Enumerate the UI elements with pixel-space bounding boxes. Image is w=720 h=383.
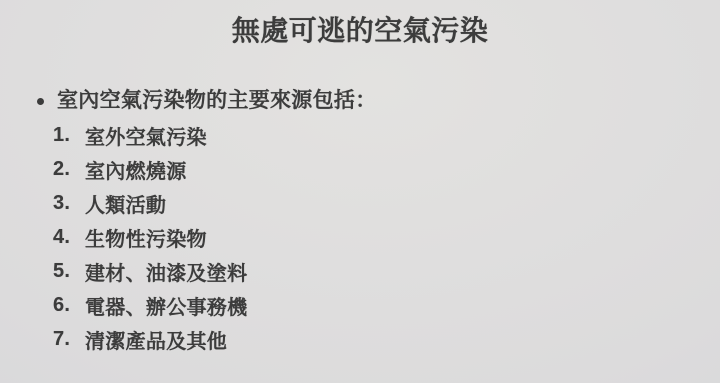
slide-title: 無處可逃的空氣污染 [0, 13, 720, 49]
bullet-dot-icon [37, 98, 44, 105]
list-item-text: 室外空氣污染 [85, 121, 207, 150]
list-item-number: 1. [53, 124, 85, 147]
list-item-text: 建材、油漆及塗料 [85, 257, 247, 286]
list-item: 6. 電器、辦公事務機 [53, 288, 247, 322]
list-item-number: 4. [53, 226, 85, 249]
list-item-number: 7. [53, 328, 85, 351]
list-item-number: 5. [53, 260, 85, 283]
list-item: 4. 生物性污染物 [53, 220, 247, 254]
numbered-list: 1. 室外空氣污染 2. 室內燃燒源 3. 人類活動 4. 生物性污染物 5. … [53, 118, 247, 356]
list-item-number: 3. [53, 192, 85, 215]
list-item-number: 6. [53, 294, 85, 317]
list-item-text: 生物性污染物 [85, 223, 207, 252]
bullet-intro-text: 室內空氣污染物的主要來源包括： [57, 88, 377, 114]
bullet-item: 室內空氣污染物的主要來源包括： [37, 88, 377, 114]
list-item: 2. 室內燃燒源 [53, 152, 247, 186]
list-item: 3. 人類活動 [53, 186, 247, 220]
list-item: 5. 建材、油漆及塗料 [53, 254, 247, 288]
list-item-text: 室內燃燒源 [85, 155, 187, 184]
list-item: 1. 室外空氣污染 [53, 118, 247, 152]
list-item-number: 2. [53, 158, 85, 181]
list-item: 7. 清潔產品及其他 [53, 322, 247, 356]
list-item-text: 清潔產品及其他 [85, 325, 227, 354]
list-item-text: 電器、辦公事務機 [85, 291, 247, 320]
presentation-slide: 無處可逃的空氣污染 室內空氣污染物的主要來源包括： 1. 室外空氣污染 2. 室… [0, 0, 720, 383]
list-item-text: 人類活動 [85, 189, 166, 218]
